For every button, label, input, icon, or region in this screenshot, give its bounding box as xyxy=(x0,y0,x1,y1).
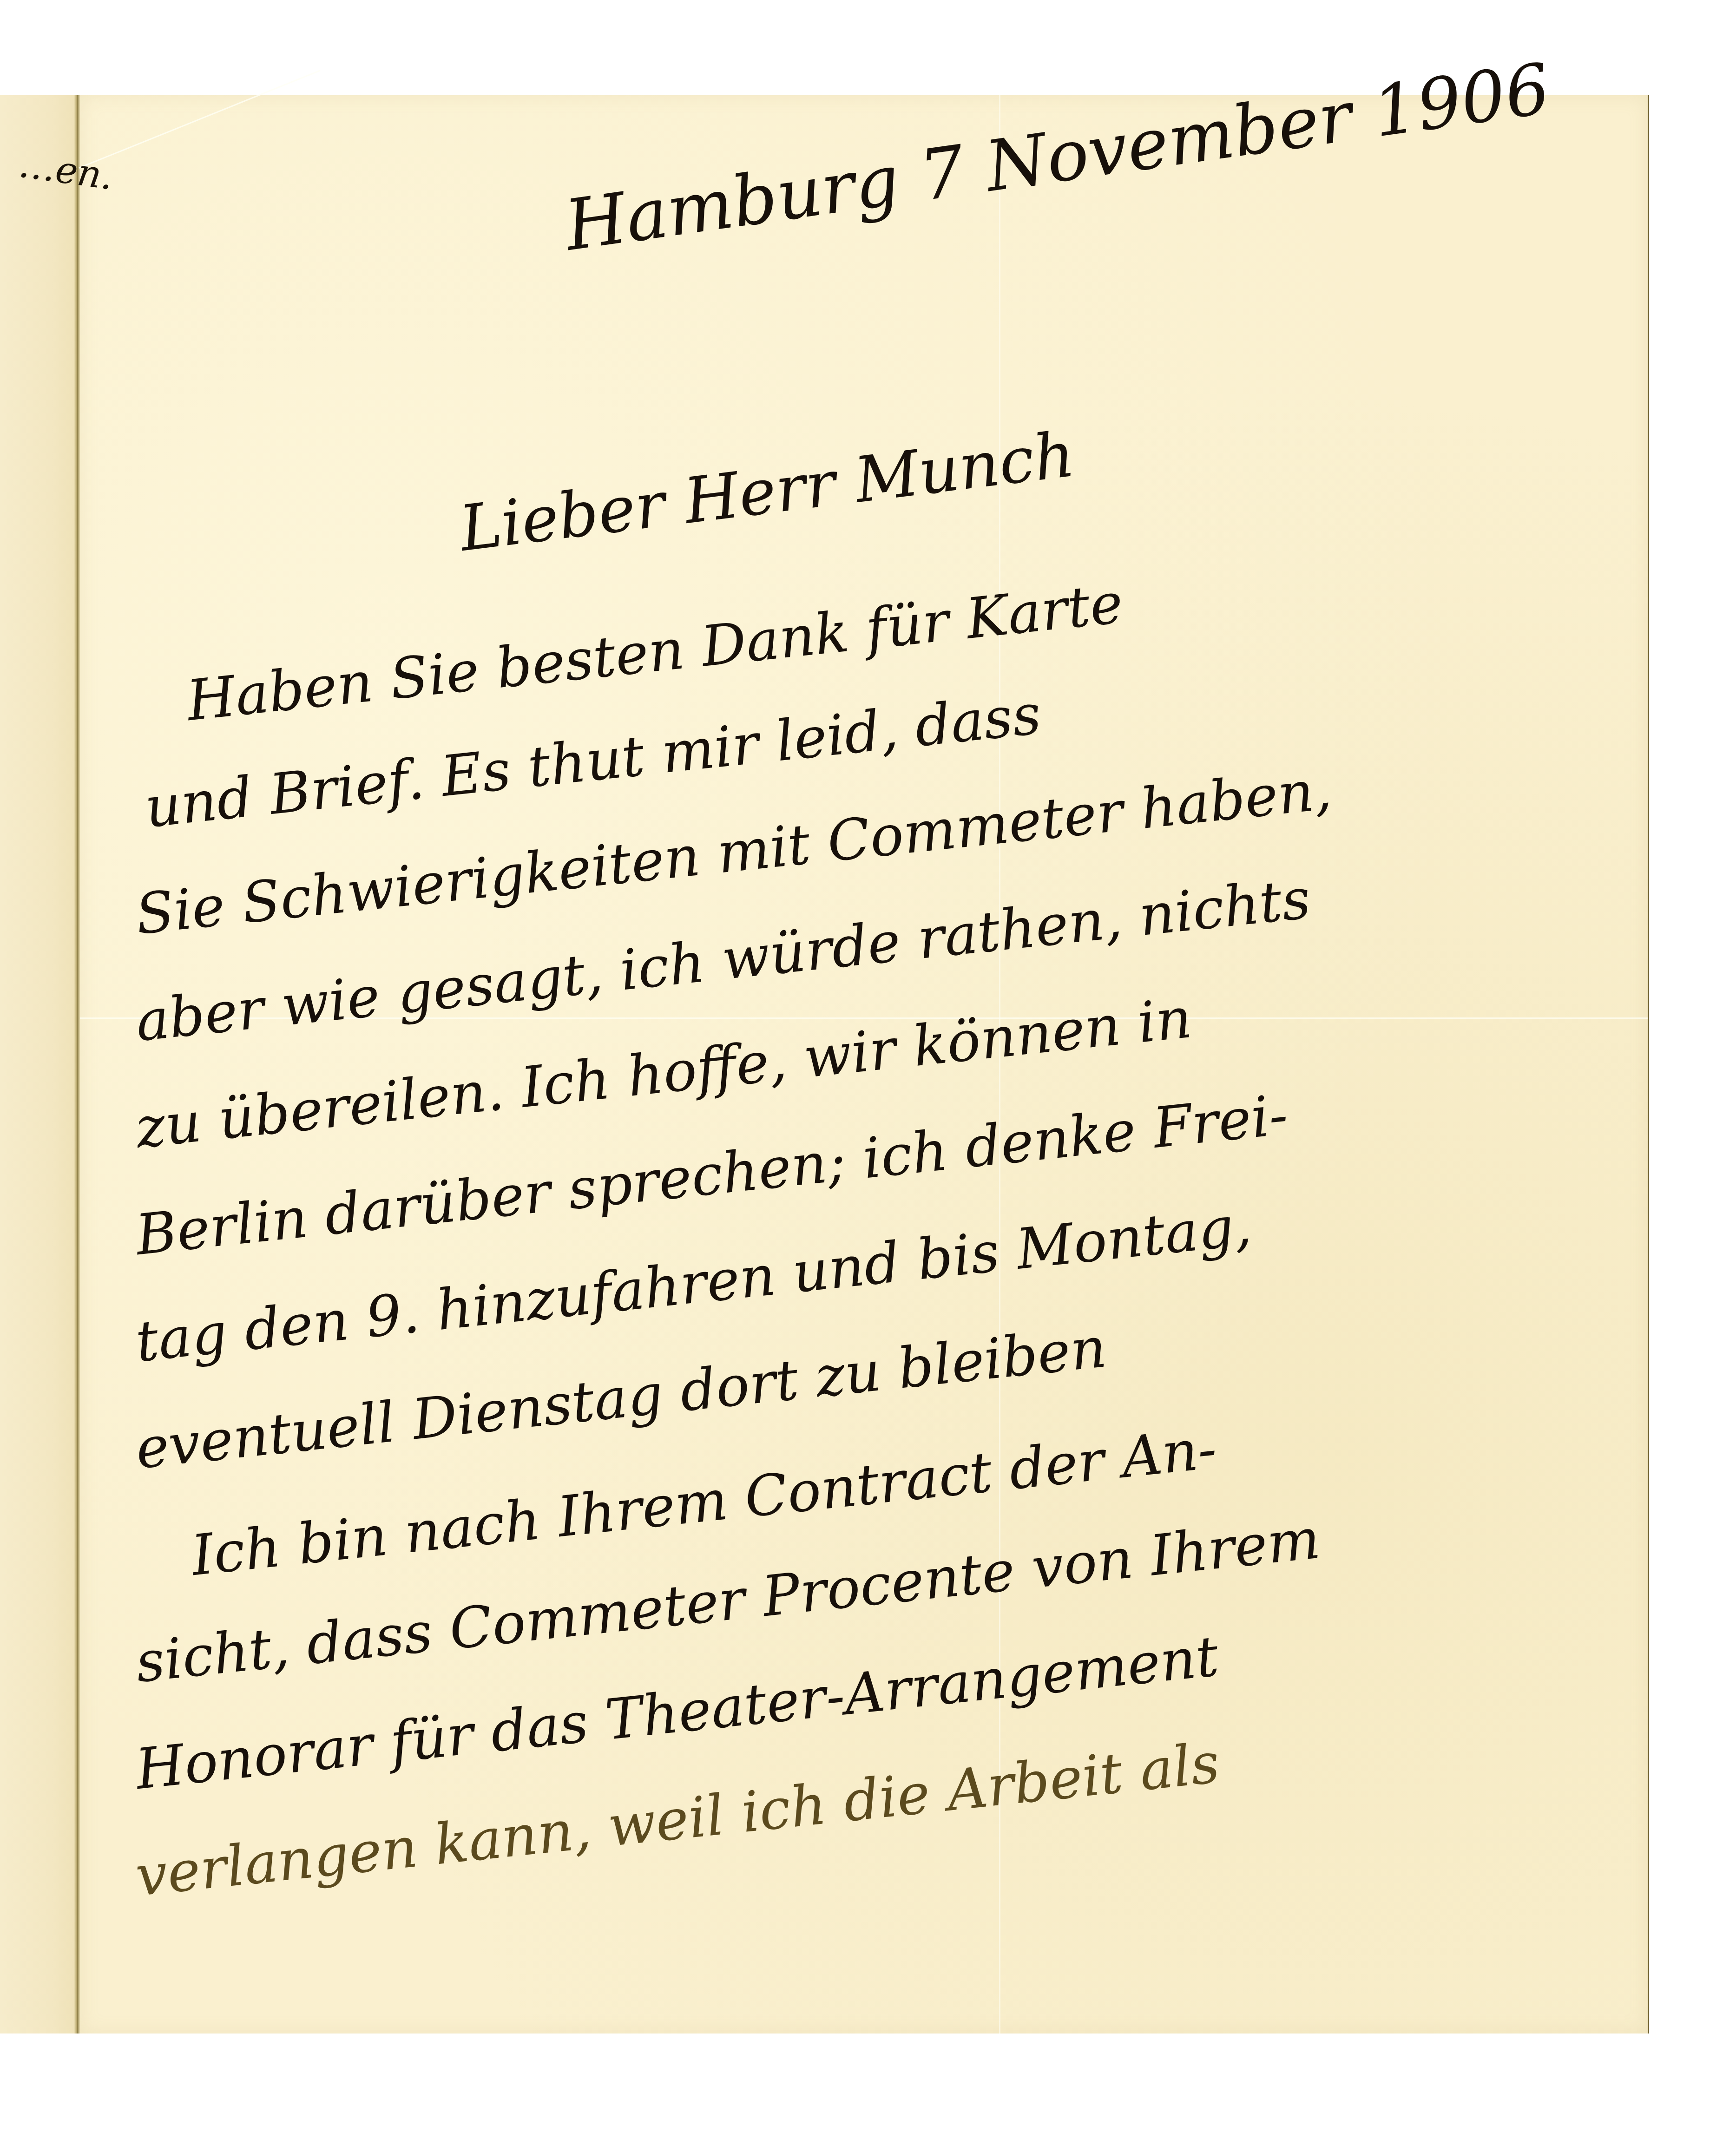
center-fold xyxy=(74,95,80,2033)
left-page-edge xyxy=(0,95,74,2033)
